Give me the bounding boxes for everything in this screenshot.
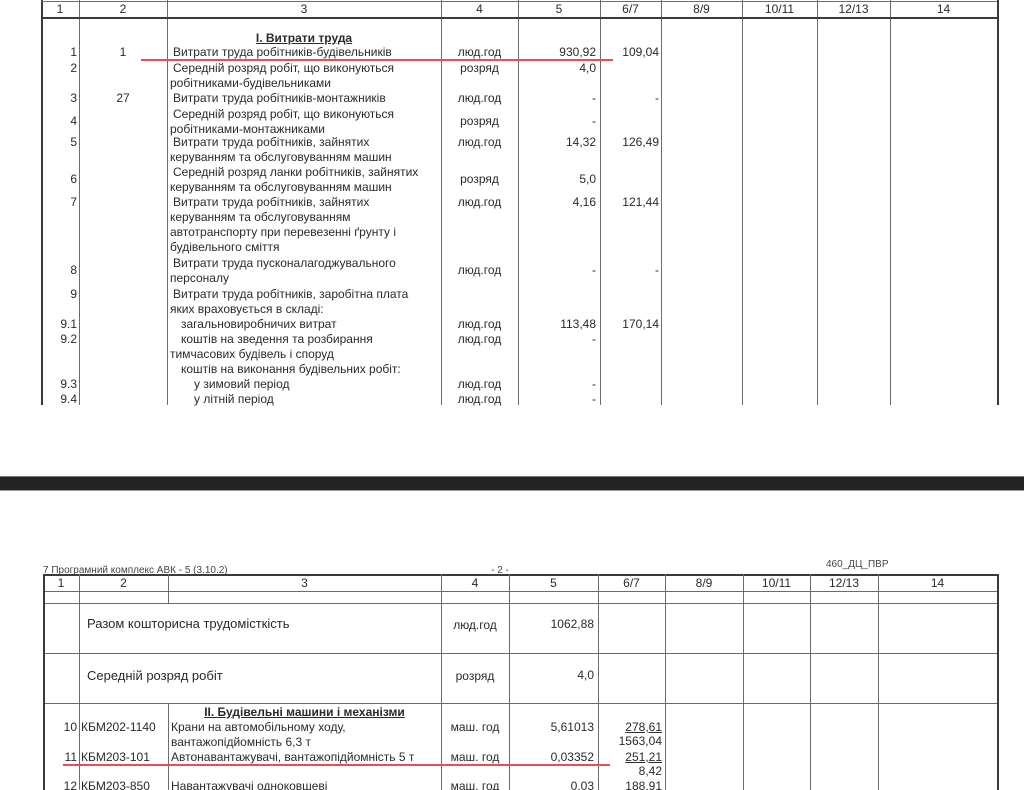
document-page-1: 123456/78/910/1112/1314I. Витрати труда1… <box>0 0 1024 476</box>
row-value-col67: 126,49 <box>600 135 659 149</box>
row-unit: люд.год <box>441 195 518 209</box>
row-description: автотранспорту при перевезенні ґрунту і <box>170 225 440 239</box>
row-number: 11 <box>43 750 77 764</box>
column-header: 1 <box>41 2 79 16</box>
row-value-col5: 930,92 <box>518 45 596 59</box>
document-page-2: 7 Програмний комплекс АВК - 5 (3.10.2)- … <box>0 491 1024 790</box>
row-unit: люд.год <box>441 135 518 149</box>
row-unit: люд.год <box>441 377 518 391</box>
row-description: робітниками-будівельниками <box>170 76 440 90</box>
total-label: Разом кошторисна трудомісткість <box>87 617 427 633</box>
row-number: 9.3 <box>41 377 77 391</box>
row-description: Витрати труда робітників, зайнятих <box>173 195 443 209</box>
row-number: 9 <box>41 287 77 301</box>
table-column-border <box>742 0 743 405</box>
row-unit: люд.год <box>441 392 518 406</box>
row-value-col67-bottom: 8,42 <box>598 764 662 778</box>
table-column-border <box>743 574 744 790</box>
row-description: керуванням та обслуговуванням машин <box>170 150 440 164</box>
row-value-col5: - <box>518 392 596 406</box>
column-header: 10/11 <box>743 576 810 590</box>
row-description: Витрати труда пусконалагоджувального <box>173 256 443 270</box>
row-description: загальновиробничих витрат <box>181 317 451 331</box>
row-value-col5: 0,03 <box>509 779 594 790</box>
row-unit: розряд <box>441 114 518 128</box>
column-header: 4 <box>441 576 509 590</box>
row-description: Середній розряд робіт, що виконуються <box>173 61 443 75</box>
table-column-border <box>661 0 662 405</box>
row-code: КБМ202-1140 <box>81 720 167 734</box>
table-border <box>43 703 997 704</box>
average-value: 4,0 <box>509 668 594 682</box>
column-header: 1 <box>43 576 79 590</box>
row-value-col67-top: 251,21 <box>598 750 662 764</box>
row-number: 1 <box>41 45 77 59</box>
table-column-border <box>890 0 891 405</box>
annotation-underline <box>63 764 610 766</box>
row-description: у зимовий період <box>194 377 464 391</box>
row-code: 1 <box>79 45 167 59</box>
row-number: 6 <box>41 172 77 186</box>
column-header: 5 <box>509 576 598 590</box>
row-unit: люд.год <box>441 91 518 105</box>
row-value-col5: - <box>518 332 596 346</box>
row-unit: маш. год <box>441 720 509 734</box>
column-header: 6/7 <box>600 2 661 16</box>
table-border <box>43 653 997 654</box>
row-description: Витрати труда робітників-будівельників <box>173 45 443 59</box>
column-header: 4 <box>441 2 518 16</box>
row-unit: люд.год <box>441 263 518 277</box>
row-number: 8 <box>41 263 77 277</box>
row-description: тимчасових будівель і споруд <box>170 347 440 361</box>
row-unit: люд.год <box>441 317 518 331</box>
row-value-col67: - <box>600 91 659 105</box>
table-column-border <box>810 574 811 790</box>
row-description: персоналу <box>170 271 440 285</box>
row-number: 2 <box>41 61 77 75</box>
column-header: 12/13 <box>810 576 878 590</box>
row-description: Середній розряд робіт, що виконуються <box>173 107 443 121</box>
row-value-col5: 14,32 <box>518 135 596 149</box>
table-border <box>43 603 997 604</box>
row-description: Крани на автомобільному ходу, <box>171 720 441 734</box>
table-border <box>43 591 997 592</box>
row-value-col5: 0,03352 <box>509 750 594 764</box>
row-number: 9.1 <box>41 317 77 331</box>
row-description: робітниками-монтажниками <box>170 122 440 136</box>
row-description: керуванням та обслуговуванням машин <box>170 180 440 194</box>
row-value-col5: 5,61013 <box>509 720 594 734</box>
column-header: 10/11 <box>742 2 817 16</box>
row-number: 9.2 <box>41 332 77 346</box>
row-value-col5: 5,0 <box>518 172 596 186</box>
section-title: II. Будівельні машини і механізми <box>168 705 441 719</box>
row-number: 7 <box>41 195 77 209</box>
row-value-col67-top: 188,91 <box>598 779 662 790</box>
row-description: керуванням та обслуговуванням <box>170 210 440 224</box>
column-header: 3 <box>167 2 441 16</box>
row-value-col67: 170,14 <box>600 317 659 331</box>
row-unit: розряд <box>441 61 518 75</box>
row-description: коштів на виконання будівельних робіт: <box>181 362 451 376</box>
table-column-border <box>79 574 80 790</box>
average-label: Середній розряд робіт <box>87 669 427 685</box>
total-unit: люд.год <box>441 618 509 632</box>
column-header: 2 <box>79 576 168 590</box>
row-description: у літній період <box>194 392 464 406</box>
row-unit: люд.год <box>441 332 518 346</box>
row-unit: маш. год <box>441 779 509 790</box>
row-value-col5: 4,0 <box>518 61 596 75</box>
row-value-col5: 4,16 <box>518 195 596 209</box>
column-header: 12/13 <box>817 2 890 16</box>
table-column-border <box>79 0 80 405</box>
row-value-col67: 109,04 <box>600 45 659 59</box>
table-column-border <box>878 574 879 790</box>
table-column-border <box>997 574 999 790</box>
row-description: Витрати труда робітників, заробітна плат… <box>173 287 443 301</box>
row-description: вантажопідйомність 6,3 т <box>171 735 441 749</box>
row-unit: розряд <box>441 172 518 186</box>
row-value-col67: 121,44 <box>600 195 659 209</box>
row-code: КБМ203-850 <box>81 779 167 790</box>
column-header: 2 <box>79 2 167 16</box>
row-code: КБМ203-101 <box>81 750 167 764</box>
table-border <box>41 17 997 19</box>
row-description: коштів на зведення та розбирання <box>181 332 451 346</box>
row-number: 12 <box>43 779 77 790</box>
table-column-border <box>997 0 999 405</box>
row-unit: люд.год <box>441 45 518 59</box>
row-description: Середній розряд ланки робітників, зайнят… <box>173 165 443 179</box>
row-number: 10 <box>43 720 77 734</box>
row-value-col5: - <box>518 263 596 277</box>
row-value-col5: - <box>518 377 596 391</box>
row-number: 4 <box>41 114 77 128</box>
section-title: I. Витрати труда <box>167 31 441 45</box>
column-header: 14 <box>890 2 997 16</box>
row-code: 27 <box>79 91 167 105</box>
row-description: Автонавантажувачі, вантажопідйомність 5 … <box>171 750 441 764</box>
row-value-col5: - <box>518 91 596 105</box>
row-value-col5: - <box>518 114 596 128</box>
table-column-border <box>817 0 818 405</box>
column-header: 14 <box>878 576 997 590</box>
annotation-underline <box>141 59 613 61</box>
column-header: 8/9 <box>661 2 742 16</box>
row-number: 9.4 <box>41 392 77 406</box>
row-value-col67: - <box>600 263 659 277</box>
total-value: 1062,88 <box>509 617 594 631</box>
row-value-col5: 113,48 <box>518 317 596 331</box>
column-header: 3 <box>168 576 441 590</box>
row-value-col67-top: 278,61 <box>598 720 662 734</box>
row-value-col67-bottom: 1563,04 <box>598 734 662 748</box>
row-description: будівельного сміття <box>170 240 440 254</box>
page-divider <box>0 476 1024 491</box>
table-column-border <box>665 574 666 790</box>
row-number: 3 <box>41 91 77 105</box>
row-description: Витрати труда робітників, зайнятих <box>173 135 443 149</box>
column-header: 8/9 <box>665 576 743 590</box>
row-unit: маш. год <box>441 750 509 764</box>
row-number: 5 <box>41 135 77 149</box>
column-header: 5 <box>518 2 600 16</box>
row-description: Навантажувачі одноковшеві <box>171 779 441 790</box>
average-unit: розряд <box>441 669 509 683</box>
column-header: 6/7 <box>598 576 665 590</box>
row-description: Витрати труда робітників-монтажників <box>173 91 443 105</box>
document-code: 460_ДЦ_ПВР <box>826 558 926 570</box>
row-description: яких враховується в складі: <box>170 302 440 316</box>
